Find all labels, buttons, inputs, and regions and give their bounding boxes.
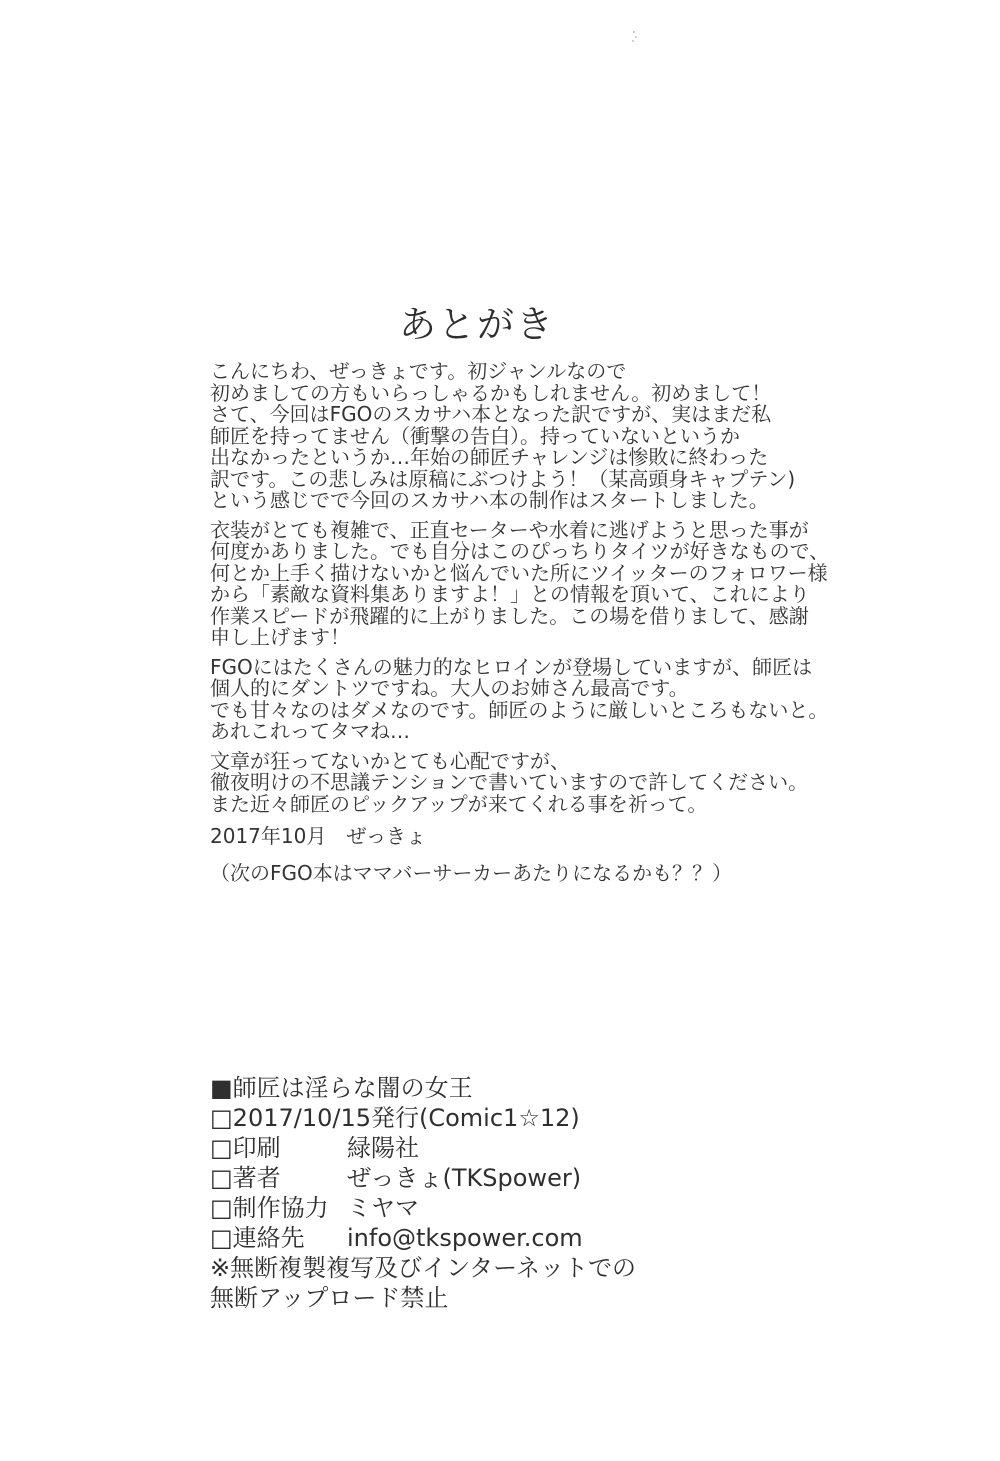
colophon-entry-label: □連絡先: [210, 1223, 347, 1253]
colophon-entry-value: ぜっきょ(TKSpower): [347, 1163, 581, 1193]
scan-speck: [633, 31, 635, 33]
text-line: 初めましての方もいらっしゃるかもしれません。初めまして！: [210, 383, 890, 405]
text-line: 徹夜明けの不思議テンションで書いていますので許してください。: [210, 772, 890, 794]
colophon-entry-value: 緑陽社: [347, 1133, 419, 1163]
colophon-entry-label: □制作協力: [210, 1193, 347, 1223]
date-signature: 2017年10月 ぜっきょ: [210, 826, 890, 848]
text-line: という感じでで今回のスカサハ本の制作はスタートしました。: [210, 490, 890, 512]
colophon-publication: □2017/10/15発行(Comic1☆12): [210, 1103, 910, 1133]
copyright-notice-line: ※無断複製複写及びインターネットでの: [210, 1253, 910, 1283]
colophon-entry-cooperation: □制作協力 ミヤマ: [210, 1193, 910, 1223]
afterword-page: あとがき こんにちわ、ぜっきょです。初ジャンルなので 初めましての方もいらっしゃ…: [0, 0, 1000, 1461]
text-line: こんにちわ、ぜっきょです。初ジャンルなので: [210, 361, 890, 383]
text-line: さて、今回はFGOのスカサハ本となった訳ですが、実はまだ私: [210, 404, 890, 426]
colophon-book-title: ■師匠は淫らな闇の女王: [210, 1073, 910, 1103]
text-line: 訳です。この悲しみは原稿にぶつけよう！（某高頭身キャプテン): [210, 469, 890, 491]
text-line: また近々師匠のピックアップが来てくれる事を祈って。: [210, 794, 890, 816]
text-line: 出なかったというか…年始の師匠チャレンジは惨敗に終わった: [210, 447, 890, 469]
text-line: 何度かありました。でも自分はこのぴっちりタイツが好きなもので、: [210, 541, 890, 563]
text-line: でも甘々なのはダメなのです。師匠のように厳しいところもないと。: [210, 700, 890, 722]
text-line: 申し上げます！: [210, 627, 890, 649]
colophon-entry-value: ミヤマ: [347, 1193, 419, 1223]
text-line: 個人的にダントツですね。大人のお姉さん最高です。: [210, 678, 890, 700]
text-line: 衣装がとても複雑で、正直セーターや水着に逃げようと思った事が: [210, 520, 890, 542]
text-line: 文章が狂ってないかとても心配ですが、: [210, 751, 890, 773]
next-book-note: （次のFGO本はママバーサーカーあたりになるかも？？）: [210, 863, 890, 885]
colophon: ■師匠は淫らな闇の女王 □2017/10/15発行(Comic1☆12) □印刷…: [210, 1073, 910, 1313]
colophon-entry-contact: □連絡先 info@tkspower.com: [210, 1223, 910, 1253]
colophon-entry-value: info@tkspower.com: [347, 1223, 583, 1253]
colophon-entry-author: □著者 ぜっきょ(TKSpower): [210, 1163, 910, 1193]
text-line: あれこれってタマね…: [210, 721, 890, 743]
page-title: あとがき: [0, 294, 954, 348]
text-line: 作業スピードが飛躍的に上がりました。この場を借りまして、感謝: [210, 606, 890, 628]
afterword-body: こんにちわ、ぜっきょです。初ジャンルなので 初めましての方もいらっしゃるかもしれ…: [210, 353, 890, 884]
colophon-entry-printer: □印刷 緑陽社: [210, 1133, 910, 1163]
colophon-entry-label: □著者: [210, 1163, 347, 1193]
text-line: から「素敵な資料集ありますよ！」との情報を頂いて、これにより: [210, 584, 890, 606]
copyright-notice-line: 無断アップロード禁止: [210, 1283, 910, 1313]
text-line: 何とか上手く描けないかと悩んでいた所にツイッターのフォロワー様: [210, 563, 890, 585]
text-line: 師匠を持ってません（衝撃の告白）。持っていないというか: [210, 426, 890, 448]
colophon-entry-label: □印刷: [210, 1133, 347, 1163]
text-line: FGOにはたくさんの魅力的なヒロインが登場していますが、師匠は: [210, 657, 890, 679]
